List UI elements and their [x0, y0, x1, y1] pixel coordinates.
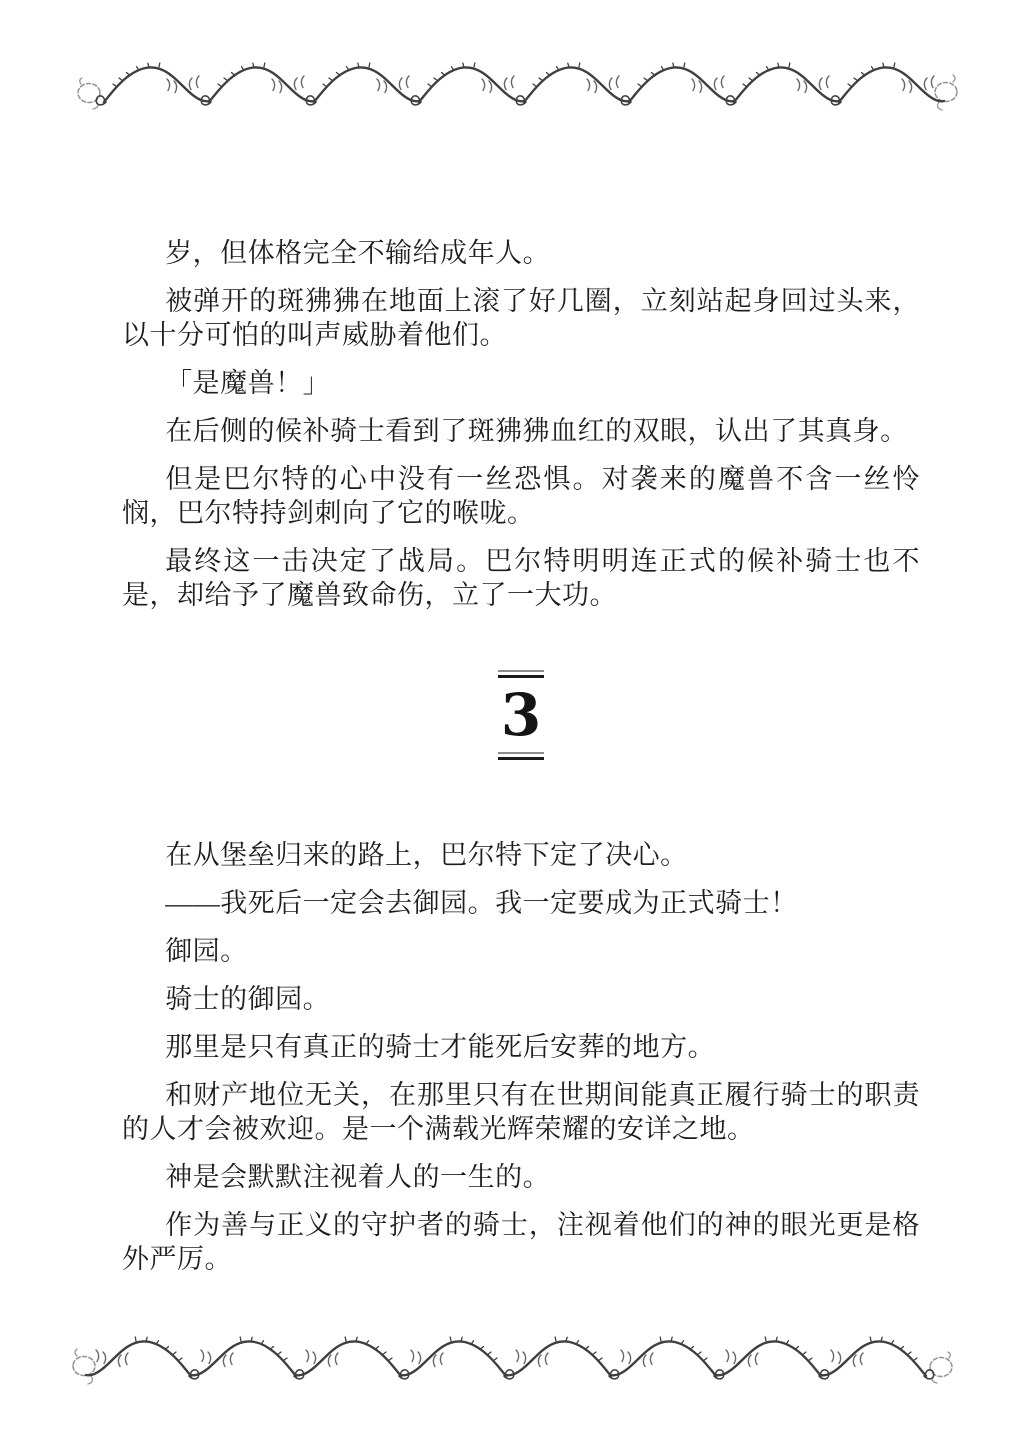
paragraph: 御园。 — [122, 934, 920, 968]
paragraph: 但是巴尔特的心中没有一丝恐惧。对袭来的魔兽不含一丝怜悯，巴尔特持剑刺向了它的喉咙… — [122, 462, 920, 530]
page-text: 岁，但体格完全不输给成年人。 被弹开的斑狒狒在地面上滚了好几圈，立刻站起身回过头… — [122, 222, 920, 1276]
paragraph: 被弹开的斑狒狒在地面上滚了好几圈，立刻站起身回过头来，以十分可怕的叫声威胁着他们… — [122, 284, 920, 352]
paragraph: 在从堡垒归来的路上，巴尔特下定了决心。 — [122, 838, 920, 872]
paragraph: ——我死后一定会去御园。我一定要成为正式骑士！ — [122, 886, 920, 920]
paragraph: 作为善与正义的守护者的骑士，注视着他们的神的眼光更是格外严厉。 — [122, 1208, 920, 1276]
bottom-flourish-border-icon — [69, 1336, 961, 1390]
chapter-heading: 3 — [122, 670, 920, 760]
paragraph: 在后侧的候补骑士看到了斑狒狒血红的双眼，认出了其真身。 — [122, 414, 920, 448]
chapter-number: 3 — [122, 684, 920, 746]
book-page: 岁，但体格完全不输给成年人。 被弹开的斑狒狒在地面上滚了好几圈，立刻站起身回过头… — [0, 0, 1029, 1455]
paragraph: 和财产地位无关，在那里只有在世期间能真正履行骑士的职责的人才会被欢迎。是一个满载… — [122, 1078, 920, 1146]
chapter-rule-top — [498, 670, 544, 678]
top-flourish-border-icon — [69, 62, 961, 116]
paragraph: 最终这一击决定了战局。巴尔特明明连正式的候补骑士也不是，却给予了魔兽致命伤，立了… — [122, 544, 920, 612]
paragraph: 那里是只有真正的骑士才能死后安葬的地方。 — [122, 1030, 920, 1064]
paragraph: 岁，但体格完全不输给成年人。 — [122, 236, 920, 270]
paragraph: 神是会默默注视着人的一生的。 — [122, 1160, 920, 1194]
chapter-rule-bottom — [498, 752, 544, 760]
section-after-chapter: 在从堡垒归来的路上，巴尔特下定了决心。 ——我死后一定会去御园。我一定要成为正式… — [122, 838, 920, 1276]
paragraph: 骑士的御园。 — [122, 982, 920, 1016]
section-before-chapter: 岁，但体格完全不输给成年人。 被弹开的斑狒狒在地面上滚了好几圈，立刻站起身回过头… — [122, 236, 920, 612]
paragraph: 「是魔兽！」 — [122, 366, 920, 400]
